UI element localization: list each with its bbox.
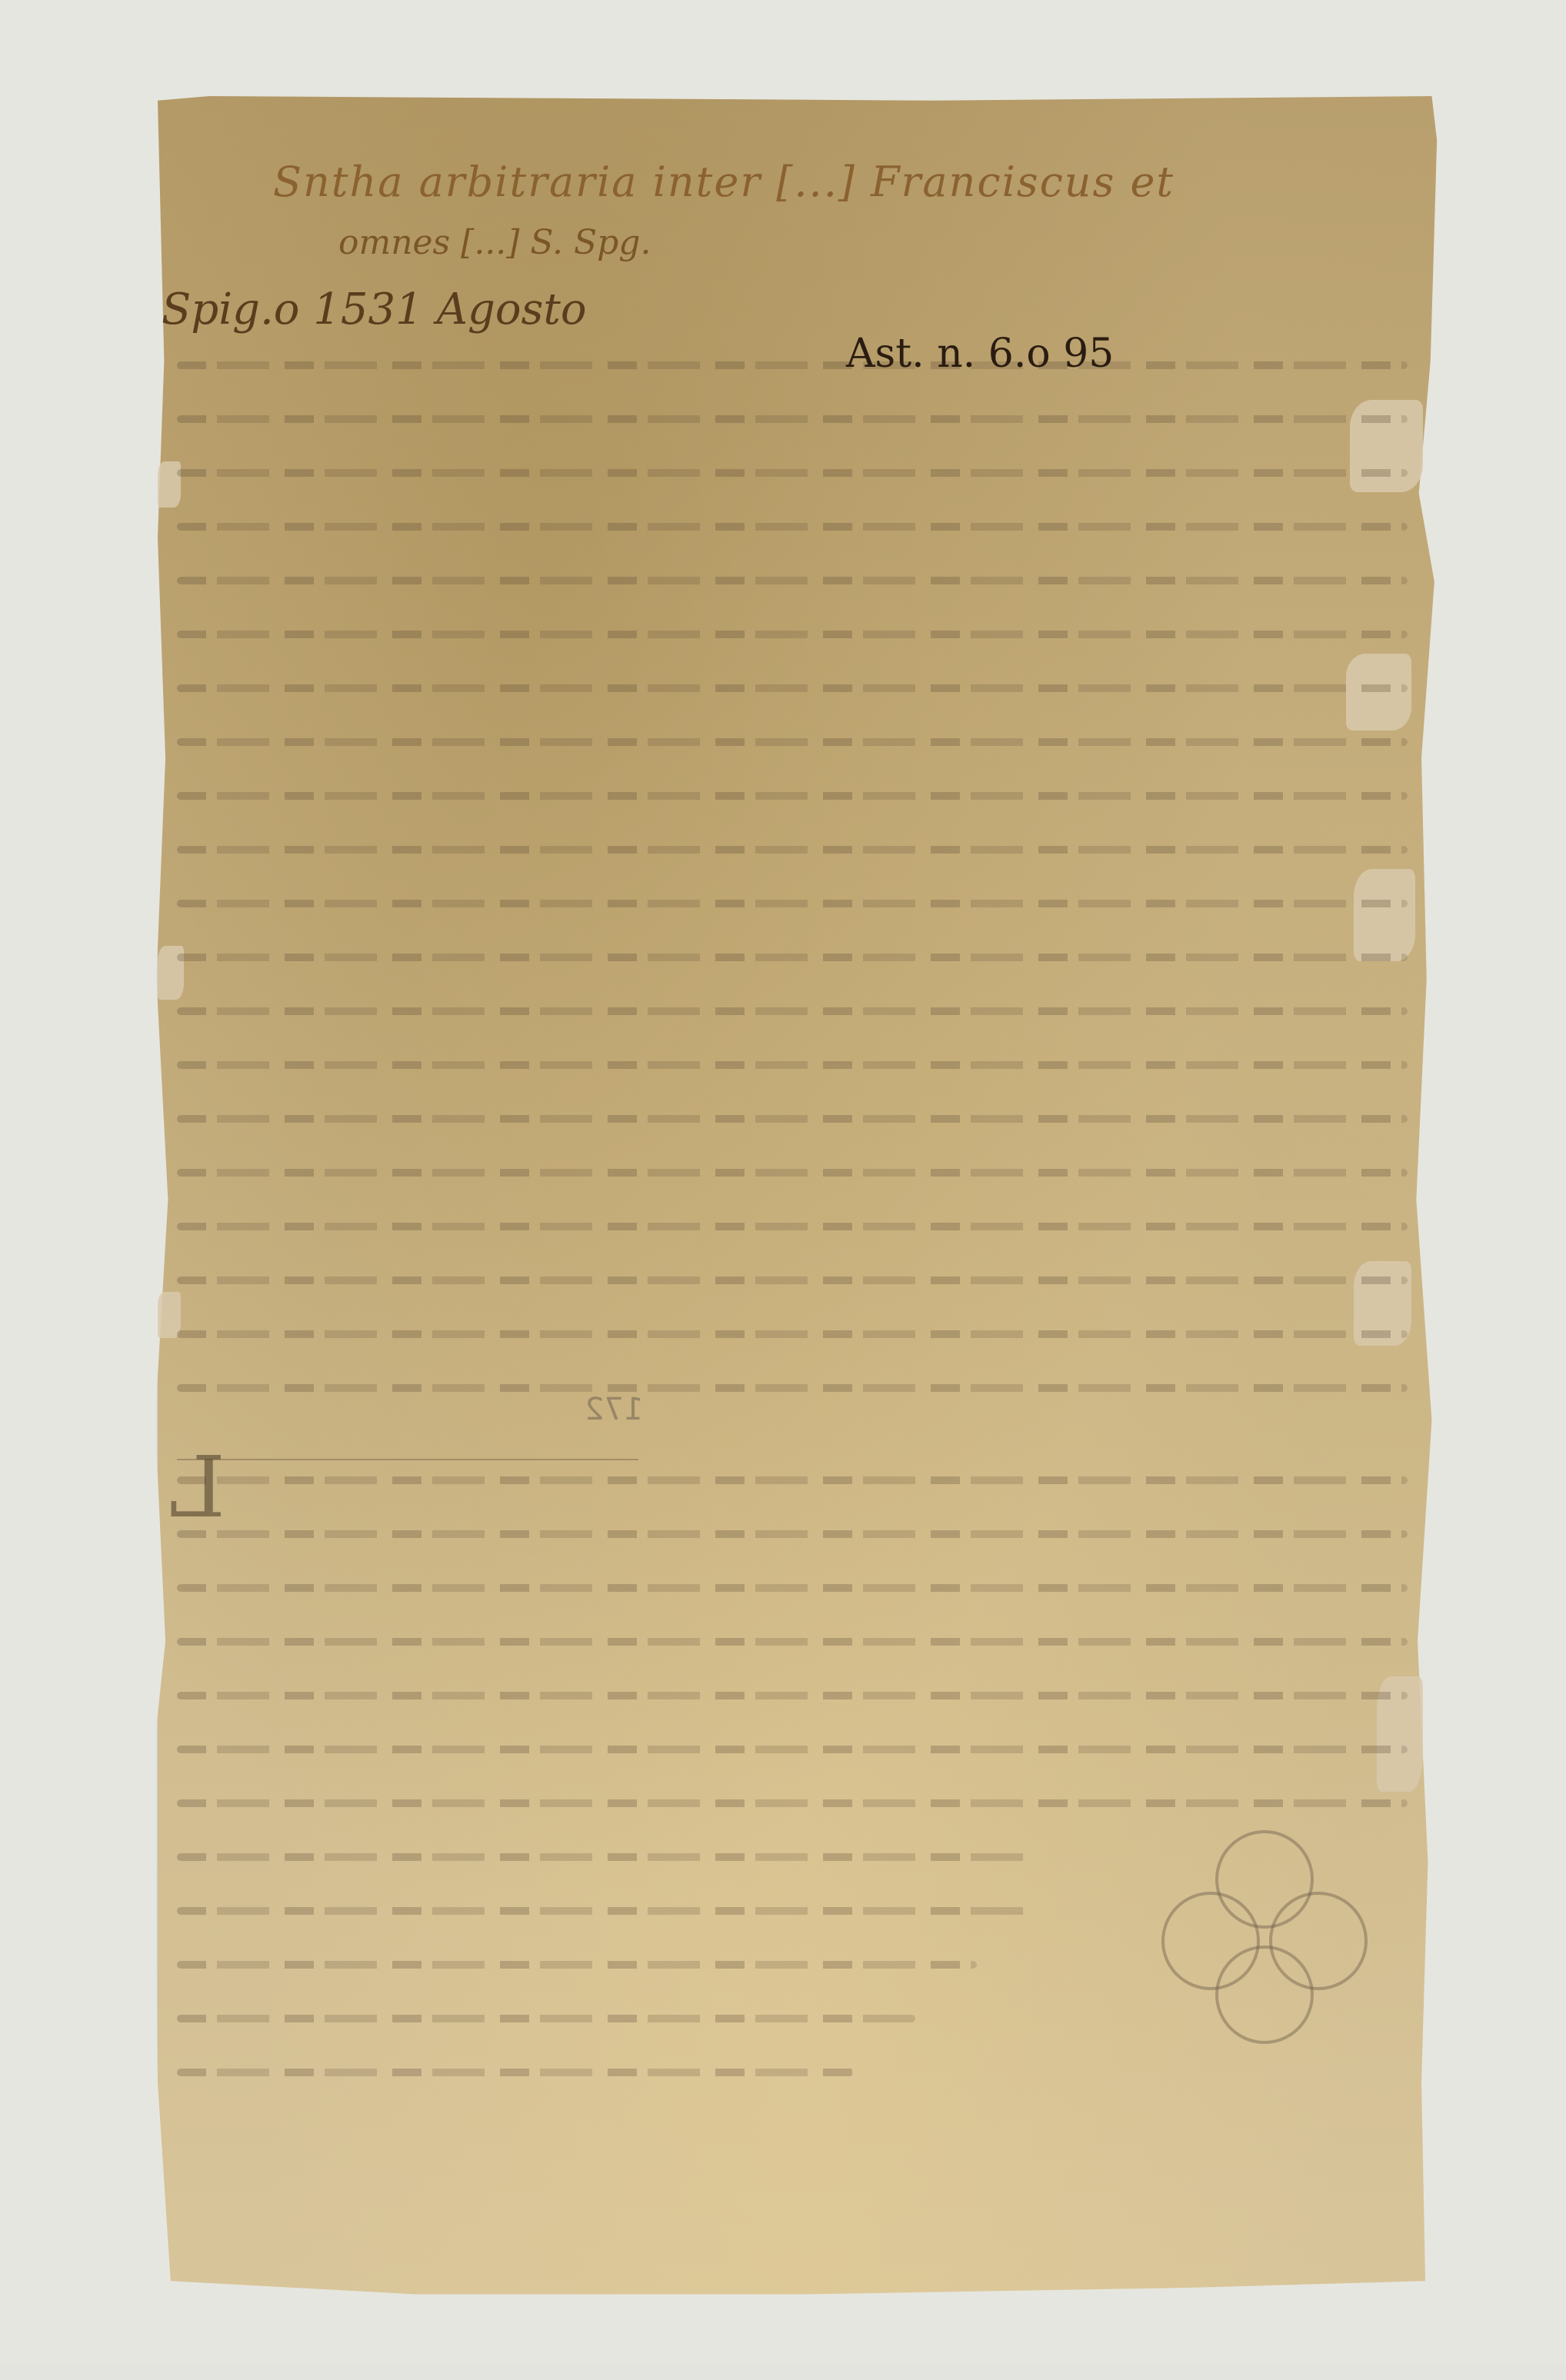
mirrored-folio-number: 172 — [585, 1392, 643, 1427]
seal-sketch-icon — [1154, 1815, 1369, 2030]
scanner-bed-edge — [0, 2365, 1566, 2380]
bleed-through-text-block — [177, 361, 1408, 1438]
date-annotation: Spig.o 1531 Agosto — [162, 285, 587, 335]
heading-subtitle-annotation: omnes [...] S. Spg. — [338, 223, 651, 262]
heading-title-annotation: Sntha arbitraria inter [...] Franciscus … — [273, 158, 1174, 206]
ruled-divider — [177, 1459, 638, 1460]
archival-reference-number: Ast. n. 6.o 95 — [846, 331, 1114, 377]
